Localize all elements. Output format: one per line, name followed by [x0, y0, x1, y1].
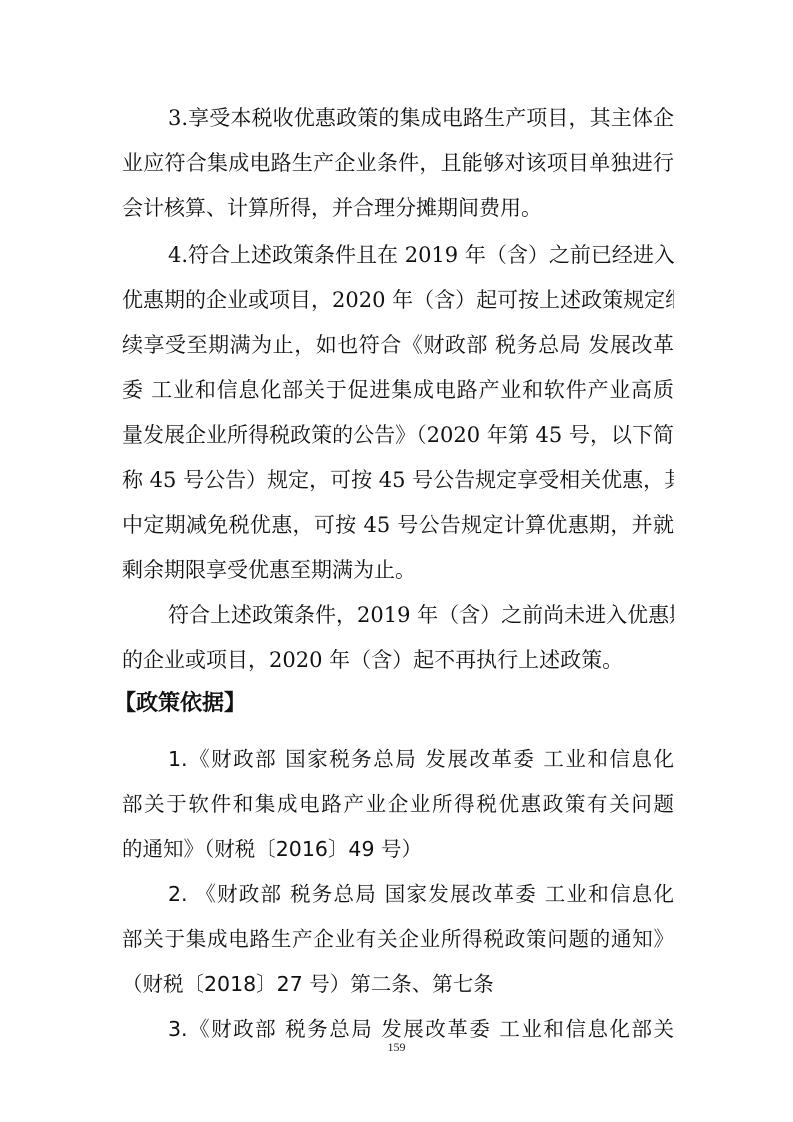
text-line: 的通知》（财税〔2016〕49 号）	[122, 835, 674, 863]
text-line: （财税〔2018〕27 号）第二条、第七条	[122, 970, 674, 998]
text-line: 符合上述政策条件，2019 年（含）之前尚未进入优惠期	[168, 601, 674, 629]
page-number: 159	[0, 1040, 793, 1055]
text-line: 称 45 号公告）规定，可按 45 号公告规定享受相关优惠，其	[122, 466, 674, 494]
text-line: 量发展企业所得税政策的公告》（2020 年第 45 号，以下简	[122, 421, 674, 449]
text-line: 优惠期的企业或项目，2020 年（含）起可按上述政策规定继	[122, 286, 674, 314]
text-line: 部关于软件和集成电路产业企业所得税优惠政策有关问题	[122, 790, 674, 818]
text-line: 剩余期限享受优惠至期满为止。	[122, 556, 674, 584]
section-heading-policy-basis: 【政策依据】	[114, 690, 246, 718]
text-line: 4.符合上述政策条件且在 2019 年（含）之前已经进入	[168, 241, 674, 269]
text-line: 续享受至期满为止，如也符合《财政部 税务总局 发展改革	[122, 331, 674, 359]
text-line: 1.《财政部 国家税务总局 发展改革委 工业和信息化	[168, 745, 674, 773]
text-line: 的企业或项目，2020 年（含）起不再执行上述政策。	[122, 646, 674, 674]
text-line: 业应符合集成电路生产企业条件，且能够对该项目单独进行	[122, 149, 674, 177]
text-line: 会计核算、计算所得，并合理分摊期间费用。	[122, 194, 674, 222]
text-line: 部关于集成电路生产企业有关企业所得税政策问题的通知》	[122, 925, 674, 953]
text-line: 2. 《财政部 税务总局 国家发展改革委 工业和信息化	[168, 880, 674, 908]
text-line: 3.《财政部 税务总局 发展改革委 工业和信息化部关	[168, 1015, 674, 1043]
text-line: 3.享受本税收优惠政策的集成电路生产项目，其主体企	[168, 104, 674, 132]
text-line: 中定期减免税优惠，可按 45 号公告规定计算优惠期，并就	[122, 511, 674, 539]
text-line: 委 工业和信息化部关于促进集成电路产业和软件产业高质	[122, 376, 674, 404]
